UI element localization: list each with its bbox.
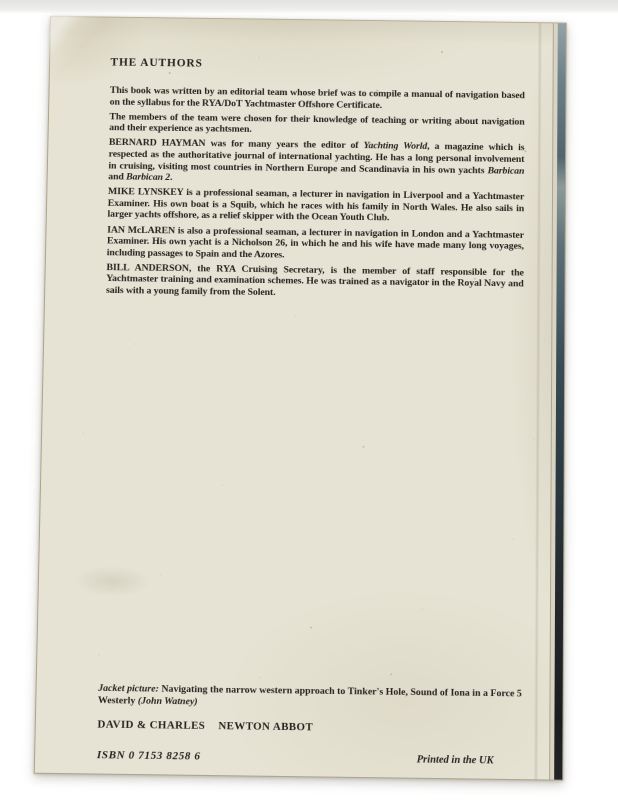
text: .	[170, 172, 173, 183]
author-paragraph: BERNARD HAYMAN was for many years the ed…	[108, 137, 524, 188]
authors-heading: THE AUTHORS	[110, 57, 525, 74]
italic-text: (John Watney)	[138, 695, 198, 707]
isbn-text: ISBN 0 7153 8258 6	[97, 749, 201, 763]
author-paragraphs: This book was written by an editorial te…	[106, 85, 525, 302]
italic-text: Jacket picture:	[98, 683, 159, 695]
publisher-line: DAVID & CHARLESNEWTON ABBOT	[97, 718, 313, 733]
text: IAN McLAREN is also a professional seama…	[107, 224, 524, 260]
jacket-picture-note: Jacket picture: Navigating the narrow we…	[98, 683, 526, 712]
italic-text: Yachting World	[363, 141, 427, 153]
authors-text-block: THE AUTHORS This book was written by an …	[106, 57, 525, 302]
author-paragraph: The members of the team were chosen for …	[109, 111, 525, 139]
text: and	[108, 171, 126, 182]
author-paragraph: BILL ANDERSON, the RYA Cruising Secretar…	[106, 262, 524, 302]
text: This book was written by an editorial te…	[110, 85, 525, 111]
publisher-name: DAVID & CHARLES	[97, 718, 205, 732]
printed-in-text: Printed in the UK	[417, 754, 494, 766]
book-back-cover: THE AUTHORS This book was written by an …	[34, 16, 567, 781]
photo-top-band	[0, 0, 618, 13]
text: The members of the team were chosen for …	[109, 111, 525, 135]
bottom-line: ISBN 0 7153 8258 6 Printed in the UK	[97, 749, 494, 767]
italic-text: Barbican	[488, 165, 525, 176]
publisher-city: NEWTON ABBOT	[218, 720, 313, 733]
text: MIKE LYNSKEY is a professional seaman, a…	[107, 186, 524, 223]
author-paragraph: This book was written by an editorial te…	[110, 85, 525, 113]
paper-specks	[51, 17, 53, 19]
italic-text: Barbican 2	[126, 172, 170, 183]
hinge-crease	[534, 23, 542, 779]
author-paragraph: IAN McLAREN is also a professional seama…	[107, 224, 524, 264]
author-paragraph: MIKE LYNSKEY is a professional seaman, a…	[107, 186, 524, 226]
book-cover-photo: THE AUTHORS This book was written by an …	[0, 0, 618, 800]
text: BILL ANDERSON, the RYA Cruising Secretar…	[106, 262, 524, 298]
